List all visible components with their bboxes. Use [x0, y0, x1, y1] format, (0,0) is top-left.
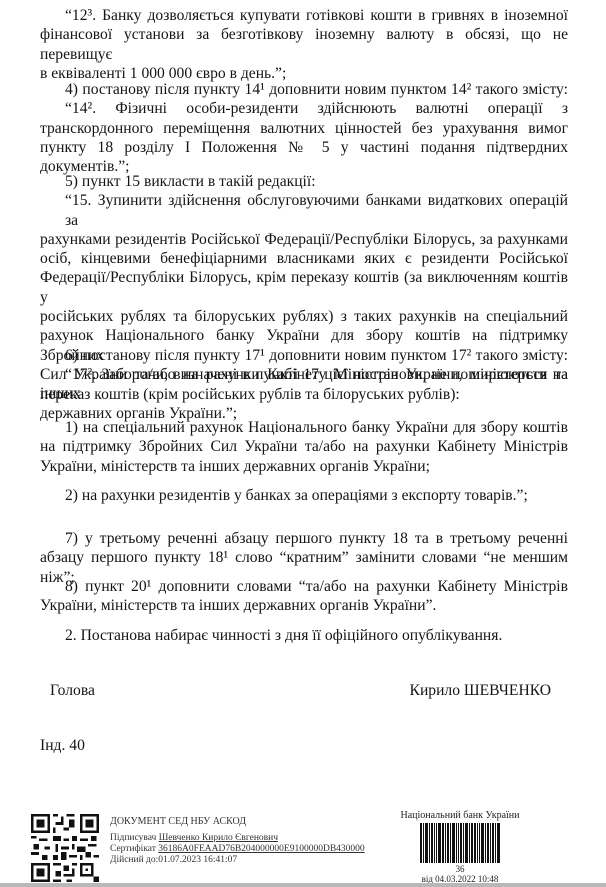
document-page: “12³. Банку дозволяється купувати готівк… [0, 0, 606, 887]
signature-name: Кирило ШЕВЧЕНКО [410, 682, 551, 700]
paragraph-item-6: 6) постанову після пункту 17¹ доповнити … [40, 346, 568, 404]
certificate-value: 36186A0FEAAD76B204000000E9100000DB430000 [158, 844, 364, 854]
stamp-heading: ДОКУМЕНТ СЕД НБУ АСКОД [110, 816, 365, 827]
barcode-icon [385, 823, 535, 863]
signature-title: Голова [50, 682, 95, 700]
signer-name: Шевченко Кирило Євгенович [159, 833, 278, 843]
paragraph-item-8: 8) пункт 20¹ доповнити словами “та/або н… [40, 577, 568, 616]
text-line: осіб, кінцевими бенефіціарними власникам… [40, 249, 568, 268]
certificate-label: Сертифікат [110, 844, 156, 854]
text-line: російських рублях та білоруських рублях)… [40, 307, 568, 326]
text-line: “14². Фізичні особи-резиденти здійснюють… [40, 99, 568, 118]
text-line: 5) пункт 15 викласти в такій редакції: [40, 172, 568, 191]
text-line: 8) пункт 20¹ доповнити словами “та/або н… [40, 577, 568, 596]
text-line: 4) постанову після пункту 14¹ доповнити … [40, 80, 568, 99]
text-line: переказ коштів (крім російських рублів т… [40, 385, 568, 404]
text-line: “12³. Банку дозволяється купувати готівк… [40, 6, 568, 25]
bottom-divider [0, 883, 606, 887]
paragraph-item-6-2: 2) на рахунки резидентів у банках за опе… [40, 486, 568, 505]
qr-code-icon [31, 814, 99, 882]
paragraph-12-3: “12³. Банку дозволяється купувати готівк… [40, 6, 568, 83]
text-line: 1) на спеціальний рахунок Національного … [40, 418, 568, 437]
paragraph-clause-2: 2. Постанова набирає чинності з дня її о… [40, 626, 568, 645]
text-line: на підтримку Збройних Сил України та/або… [40, 437, 568, 456]
signer-label: Підписувач [110, 833, 156, 843]
stamp-valid-until: Дійсний до:01.07.2023 16:41:07 [110, 855, 365, 866]
registration-org: Національний банк України [385, 810, 535, 821]
paragraph-item-4: 4) постанову після пункту 14¹ доповнити … [40, 80, 568, 176]
text-line: 2) на рахунки резидентів у банках за опе… [40, 486, 568, 505]
stamp-signer: Підписувач Шевченко Кирило Євгенович [110, 833, 365, 844]
text-line: Федерації/Республіки Білорусь, крім пере… [40, 268, 568, 307]
text-line: рахунками резидентів Російської Федераці… [40, 230, 568, 249]
text-line: пункту 18 розділу I Положення № 5 у част… [40, 138, 568, 177]
text-line: фінансової установи за безготівкову іноз… [40, 25, 568, 64]
text-line: України, міністерств та інших державних … [40, 596, 568, 615]
text-line: 7) у третьому реченні абзацу першого пун… [40, 529, 568, 548]
stamp-certificate: Сертифікат 36186A0FEAAD76B204000000E9100… [110, 844, 365, 855]
registration-number: 36 [385, 864, 535, 874]
text-line: 6) постанову після пункту 17¹ доповнити … [40, 346, 568, 365]
text-line: України, міністерств та інших державних … [40, 457, 568, 476]
document-index: Інд. 40 [40, 737, 85, 755]
e-signature-stamp: ДОКУМЕНТ СЕД НБУ АСКОД Підписувач Шевчен… [110, 816, 365, 866]
text-line: 2. Постанова набирає чинності з дня її о… [40, 626, 568, 645]
paragraph-item-6-1: 1) на спеціальний рахунок Національного … [40, 418, 568, 476]
registration-block: Національний банк України 36 від 04.03.2… [385, 810, 535, 884]
text-line: “17². Заборони, визначені в пункті 17 ці… [40, 365, 568, 384]
text-line: “15. Зупинити здійснення обслуговуючими … [40, 191, 568, 230]
text-line: транскордонного переміщення валютних цін… [40, 119, 568, 138]
